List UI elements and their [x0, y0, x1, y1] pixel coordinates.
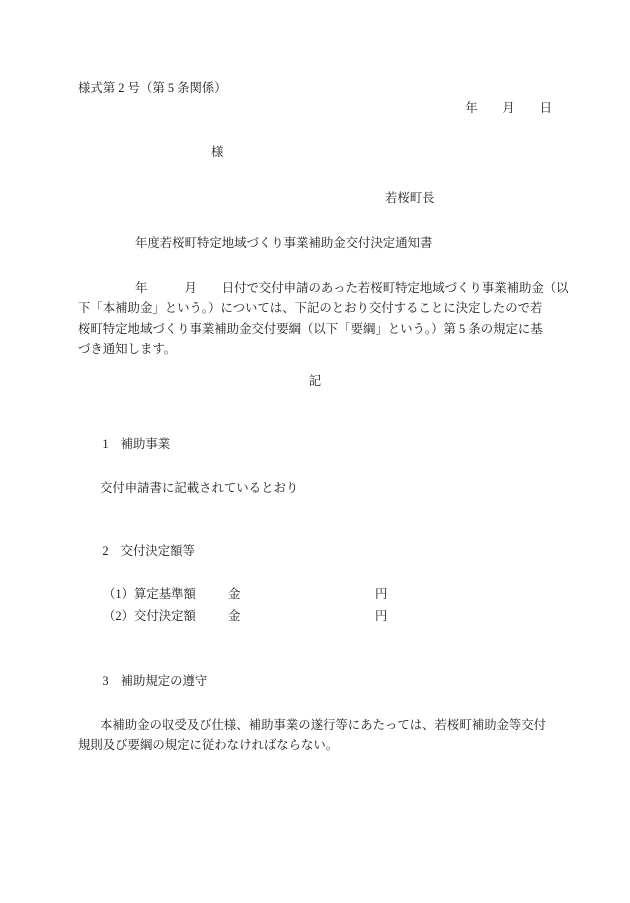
- currency-prefix: 金: [228, 606, 240, 626]
- form-number: 様式第 2 号（第 5 条関係）: [78, 78, 552, 98]
- sender-title: 若桜町長: [78, 188, 552, 208]
- currency-prefix: 金: [228, 584, 240, 604]
- record-separator: 記: [78, 371, 552, 391]
- amount-rows: （1）算定基準額 金 円 （2）交付決定額 金 円: [78, 584, 552, 628]
- amount-row-label: （1）算定基準額: [103, 584, 196, 604]
- section-1-body: 交付申請書に記載されているとおり: [78, 478, 552, 498]
- section-3-title: 補助規定の遵守: [121, 671, 208, 691]
- date-placeholder-line: 年 月 日: [78, 98, 552, 118]
- amount-row-calculation-base: （1）算定基準額 金 円: [78, 584, 552, 606]
- addressee-honorific: 様: [78, 142, 552, 162]
- section-1-heading: 1補助事業: [78, 414, 552, 474]
- intro-line: 年 月 日付で交付申請のあった若桜町特定地域づくり事業補助金（以: [78, 278, 552, 298]
- section-3-line: 本補助金の収受及び仕様、補助事業の遂行等にあたっては、若桜町補助金等交付: [78, 715, 552, 735]
- document-title: 年度若桜町特定地域づくり事業補助金交付決定通知書: [78, 233, 552, 253]
- intro-line: 桜町特定地域づくり事業補助金交付要綱（以下「要綱」という。）第 5 条の規定に基: [78, 319, 552, 339]
- section-1-number: 1: [102, 434, 108, 454]
- section-2-heading: 2交付決定額等: [78, 521, 552, 581]
- amount-blank-field: [248, 584, 368, 604]
- currency-suffix: 円: [375, 584, 387, 604]
- section-3-paragraph: 本補助金の収受及び仕様、補助事業の遂行等にあたっては、若桜町補助金等交付 規則及…: [78, 715, 552, 756]
- section-2-number: 2: [102, 541, 108, 561]
- intro-line: づき通知します。: [78, 339, 552, 359]
- section-1-title: 補助事業: [121, 434, 171, 454]
- amount-row-grant-decision: （2）交付決定額 金 円: [78, 606, 552, 628]
- section-2-title: 交付決定額等: [121, 541, 195, 561]
- intro-paragraph: 年 月 日付で交付申請のあった若桜町特定地域づくり事業補助金（以 下「本補助金」…: [78, 278, 552, 359]
- document-page: 様式第 2 号（第 5 条関係） 年 月 日 様 若桜町長 年度若桜町特定地域づ…: [0, 0, 630, 903]
- section-3-heading: 3補助規定の遵守: [78, 651, 552, 711]
- section-3-number: 3: [102, 671, 108, 691]
- currency-suffix: 円: [375, 606, 387, 626]
- amount-blank-field: [248, 606, 368, 626]
- section-3-line: 規則及び要綱の規定に従わなければならない。: [78, 735, 552, 755]
- amount-row-label: （2）交付決定額: [103, 606, 196, 626]
- intro-line: 下「本補助金」という。）については、下記のとおり交付することに決定したので若: [78, 298, 552, 318]
